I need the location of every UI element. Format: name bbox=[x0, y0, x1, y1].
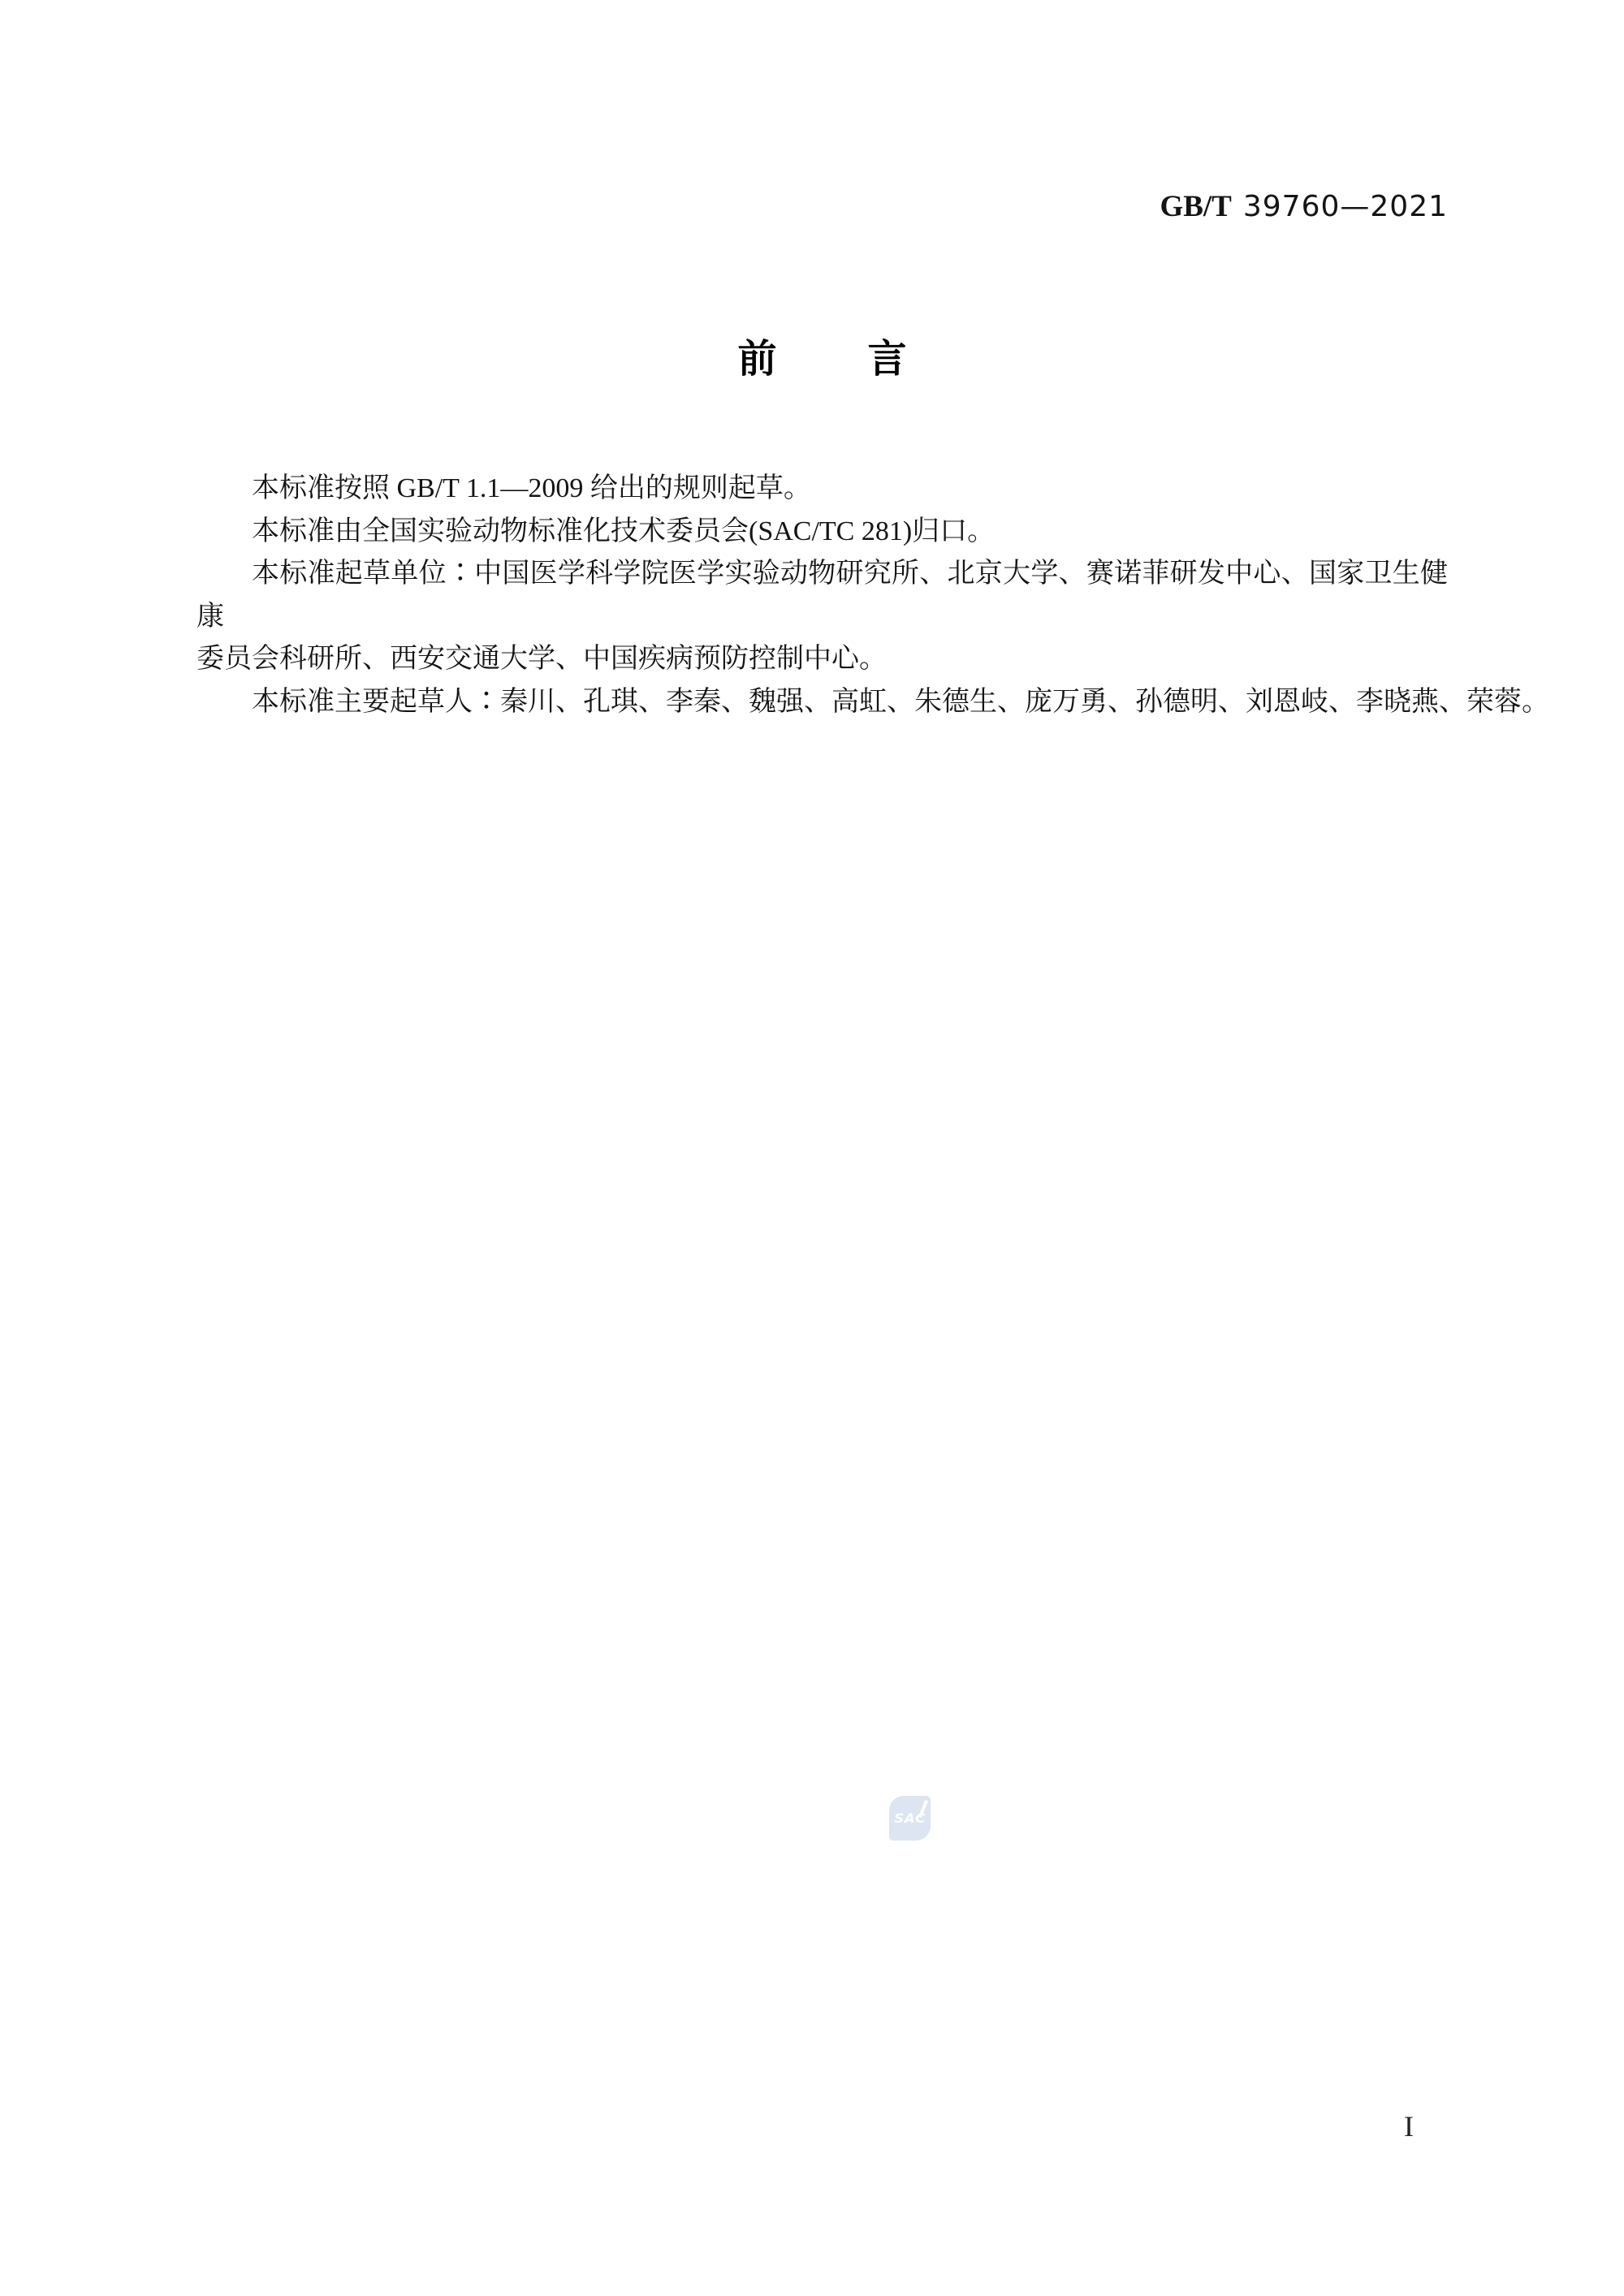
text-line: 本标准按照 GB/T 1.1—2009 给出的规则起草。 bbox=[197, 468, 1448, 511]
paragraph-drafters: 本标准主要起草人∶秦川、孔琪、李秦、魏强、高虹、朱德生、庞万勇、孙德明、刘恩岐、… bbox=[197, 681, 1448, 724]
paragraph-drafting-organizations: 本标准起草单位∶中国医学科学院医学实验动物研究所、北京大学、赛诺菲研发中心、国家… bbox=[197, 553, 1448, 681]
sac-logo-text: SAC bbox=[894, 1810, 926, 1826]
text-line: 本标准起草单位∶中国医学科学院医学实验动物研究所、北京大学、赛诺菲研发中心、国家… bbox=[197, 553, 1448, 638]
foreword-title: 前 言 bbox=[197, 339, 1448, 378]
text-line: 本标准由全国实验动物标准化技术委员会(SAC/TC 281)归口。 bbox=[197, 511, 1448, 554]
standard-code-number: 39760—2021 bbox=[1243, 190, 1448, 223]
foreword-title-char-1: 前 bbox=[737, 339, 776, 378]
foreword-title-char-2: 言 bbox=[868, 339, 907, 378]
text-line: 本标准主要起草人∶秦川、孔琪、李秦、魏强、高虹、朱德生、庞万勇、孙德明、刘恩岐、… bbox=[197, 681, 1448, 724]
sac-logo-watermark: SAC bbox=[889, 1796, 931, 1841]
paragraph-drafting-rules: 本标准按照 GB/T 1.1—2009 给出的规则起草。 bbox=[197, 468, 1448, 511]
foreword-body: 本标准按照 GB/T 1.1—2009 给出的规则起草。 本标准由全国实验动物标… bbox=[197, 468, 1448, 724]
paragraph-committee: 本标准由全国实验动物标准化技术委员会(SAC/TC 281)归口。 bbox=[197, 511, 1448, 554]
standard-code-prefix: GB/T bbox=[1160, 190, 1231, 223]
text-line: 委员会科研所、西安交通大学、中国疾病预防控制中心。 bbox=[197, 638, 1448, 681]
page-number: I bbox=[1384, 2109, 1433, 2143]
document-page: GB/T39760—2021 前 言 本标准按照 GB/T 1.1—2009 给… bbox=[0, 0, 1624, 2296]
standard-code: GB/T39760—2021 bbox=[197, 193, 1448, 227]
